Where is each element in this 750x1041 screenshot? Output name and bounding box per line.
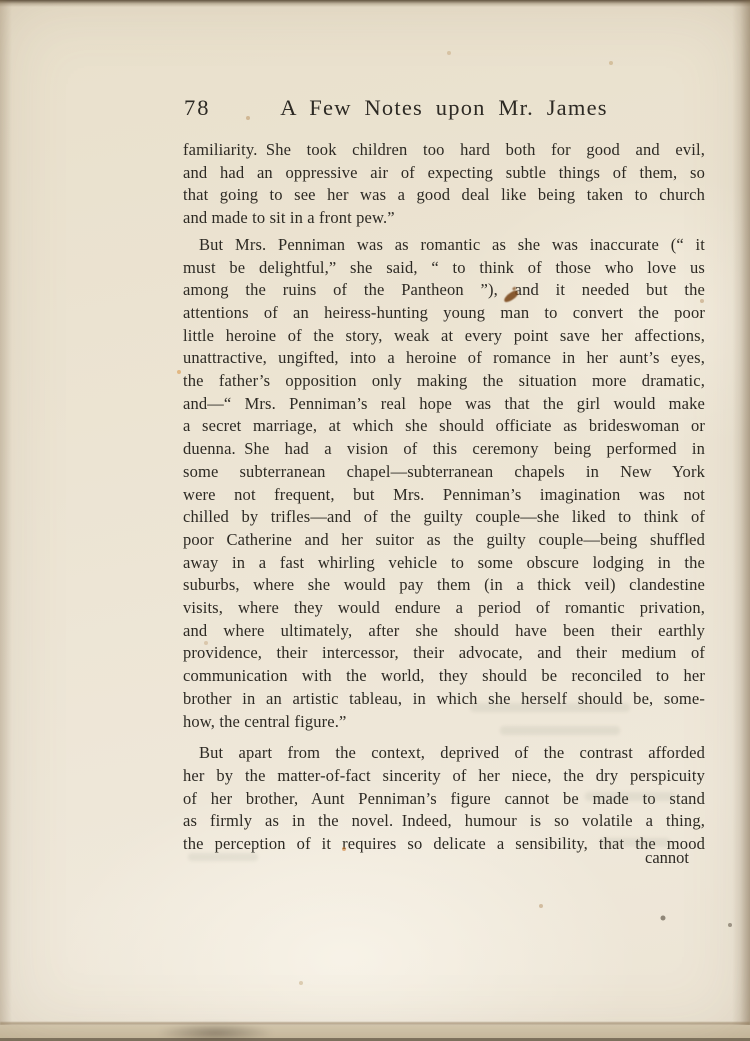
show-through-smudge (188, 853, 258, 861)
text-line: duenna. She had a vision of this ceremon… (183, 438, 705, 461)
text-line: were not frequent, but Mrs. Penniman’s i… (183, 484, 705, 507)
running-head: 78 A Few Notes upon Mr. James (183, 93, 705, 125)
page-number: 78 (184, 93, 211, 123)
text-line: her by the matter-of-fact sincerity of h… (183, 765, 705, 788)
text-line: unattractive, ungifted, into a heroine o… (183, 347, 705, 370)
text-line: as firmly as in the novel. Indeed, humou… (183, 810, 705, 833)
text-line: how, the central figure.” (183, 711, 705, 734)
scan-edge-top (0, 0, 750, 7)
book-page-scan: 78 A Few Notes upon Mr. James familiarit… (0, 0, 750, 1041)
text-line: and had an oppressive air of expecting s… (183, 162, 705, 185)
text-line: visits, where they would endure a period… (183, 597, 705, 620)
show-through-smudge (585, 792, 675, 801)
text-line: among the ruins of the Pantheon ”), and … (183, 279, 705, 302)
text-line: little heroine of the story, weak at eve… (183, 325, 705, 348)
catchword: cannot (183, 847, 705, 870)
text-line: away in a fast whirling vehicle to some … (183, 552, 705, 575)
text-line: and made to sit in a front pew.” (183, 207, 705, 230)
text-line: poor Catherine and her suitor as the gui… (183, 529, 705, 552)
text-line: attentions of an heiress-hunting young m… (183, 302, 705, 325)
text-line: providence, their intercessor, their adv… (183, 642, 705, 665)
show-through-smudge (600, 838, 670, 847)
text-line: a secret marriage, at which she should o… (183, 415, 705, 438)
text-line: familiarity. She took children too hard … (183, 139, 705, 162)
text-line: But apart from the context, deprived of … (183, 742, 705, 765)
show-through-smudge (500, 726, 620, 735)
page-edge-right (732, 0, 750, 1041)
paper-specks (0, 0, 2, 2)
text-line: that going to see her was a good deal li… (183, 184, 705, 207)
text-line: communication with the world, they shoul… (183, 665, 705, 688)
text-line: and—“ Mrs. Penniman’s real hope was that… (183, 393, 705, 416)
text-line: and where ultimately, after she should h… (183, 620, 705, 643)
text-line: suburbs, where she would pay them (in a … (183, 574, 705, 597)
paragraph: But Mrs. Penniman was as romantic as she… (183, 234, 705, 733)
scan-edge-left (0, 0, 12, 1041)
text-line: But Mrs. Penniman was as romantic as she… (183, 234, 705, 257)
paragraph: familiarity. She took children too hard … (183, 139, 705, 230)
text-line: some subterranean chapel—subterranean ch… (183, 461, 705, 484)
show-through-smudge (470, 703, 630, 712)
text-line: the father’s opposition only making the … (183, 370, 705, 393)
body-text-block: familiarity. She took children too hard … (183, 139, 705, 856)
text-line: chilled by trifles—and of the guilty cou… (183, 506, 705, 529)
running-title: A Few Notes upon Mr. James (183, 93, 705, 123)
text-line: must be delightful,” she said, “ to thin… (183, 257, 705, 280)
